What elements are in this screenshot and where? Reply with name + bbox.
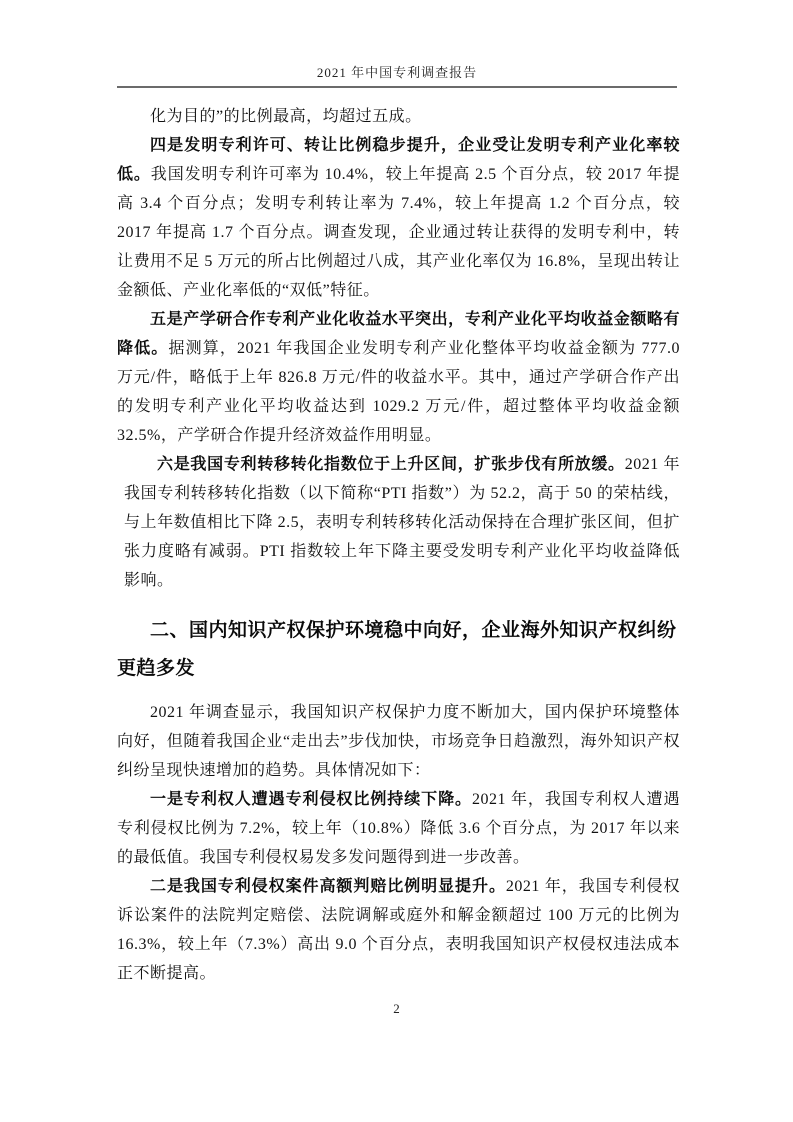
paragraph: 化为目的”的比例最高，均超过五成。: [117, 102, 680, 131]
paragraph-text: 2021 年我国专利转移转化指数（以下简称“PTI 指数”）为 52.2，高于 …: [124, 456, 680, 589]
paragraph-lead-bold: 六是我国专利转移转化指数位于上升区间，扩张步伐有所放缓。: [157, 456, 625, 473]
paragraph-text: 我国发明专利许可率为 10.4%，较上年提高 2.5 个百分点，较 2017 年…: [117, 166, 680, 299]
page-number: 2: [0, 1001, 793, 1017]
paragraph: 五是产学研合作专利产业化收益水平突出，专利产业化平均收益金额略有降低。据测算，2…: [117, 305, 680, 450]
page-header: 2021 年中国专利调查报告: [117, 62, 677, 88]
paragraph: 四是发明专利许可、转让比例稳步提升，企业受让发明专利产业化率较低。我国发明专利许…: [117, 131, 680, 305]
header-title: 2021 年中国专利调查报告: [317, 65, 477, 80]
document-body: 化为目的”的比例最高，均超过五成。四是发明专利许可、转让比例稳步提升，企业受让发…: [117, 102, 680, 988]
paragraph-text: 据测算，2021 年我国企业发明专利产业化整体平均收益金额为 777.0 万元/…: [117, 340, 680, 444]
section-heading: 二、国内知识产权保护环境稳中向好，企业海外知识产权纠纷更趋多发: [117, 612, 680, 688]
paragraph: 六是我国专利转移转化指数位于上升区间，扩张步伐有所放缓。2021 年我国专利转移…: [124, 450, 680, 595]
paragraph: 二是我国专利侵权案件高额判赔比例明显提升。2021 年，我国专利侵权诉讼案件的法…: [117, 872, 680, 988]
paragraph: 一是专利权人遭遇专利侵权比例持续下降。2021 年，我国专利权人遭遇专利侵权比例…: [117, 785, 680, 872]
paragraph-lead-bold: 二是我国专利侵权案件高额判赔比例明显提升。: [150, 878, 506, 895]
paragraph-text: 2021 年调查显示，我国知识产权保护力度不断加大，国内保护环境整体向好，但随着…: [117, 704, 680, 779]
paragraph: 2021 年调查显示，我国知识产权保护力度不断加大，国内保护环境整体向好，但随着…: [117, 698, 680, 785]
paragraph-text: 化为目的”的比例最高，均超过五成。: [150, 108, 422, 125]
paragraph-lead-bold: 一是专利权人遭遇专利侵权比例持续下降。: [150, 791, 472, 808]
document-page: 2021 年中国专利调查报告 化为目的”的比例最高，均超过五成。四是发明专利许可…: [0, 0, 793, 1122]
